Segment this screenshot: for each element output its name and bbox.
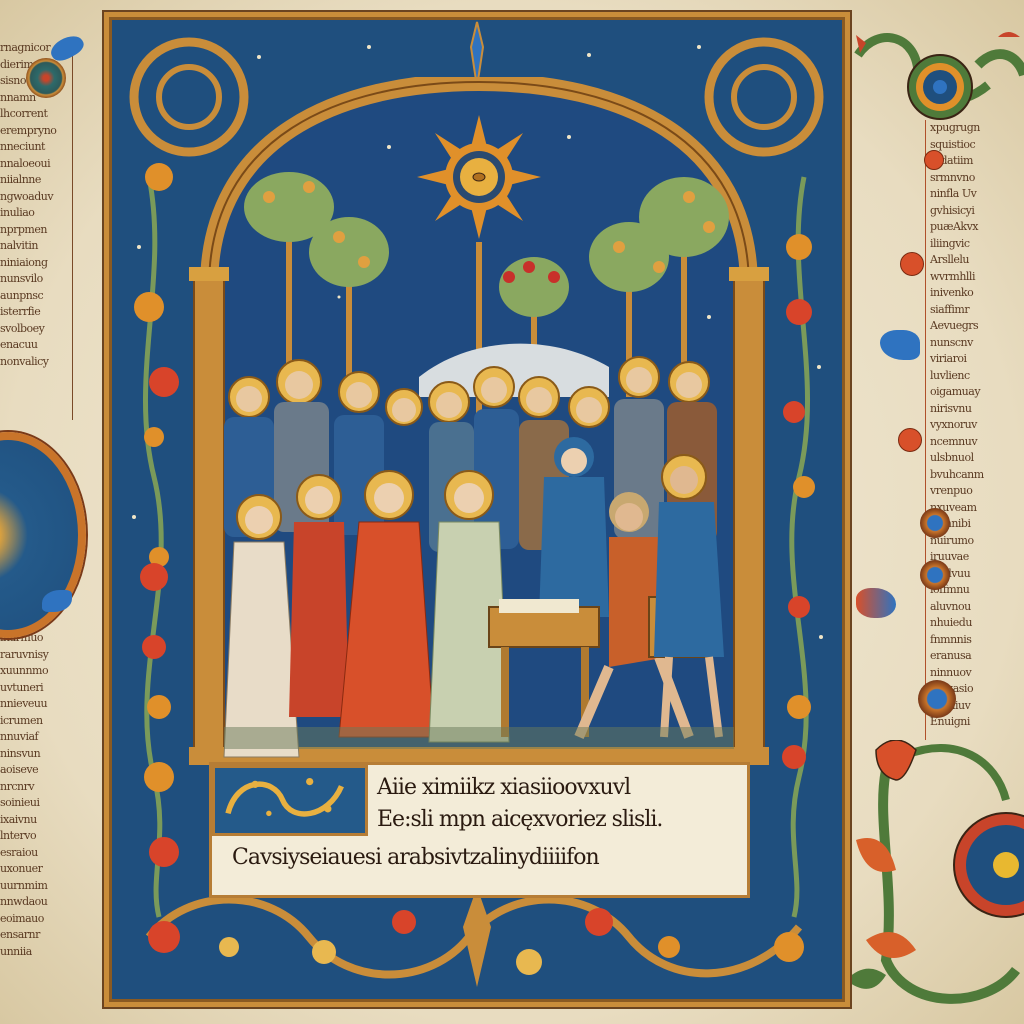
manuscript-text-line: nunsvilo — [0, 271, 72, 288]
manuscript-text-line: nneciunt — [0, 139, 72, 156]
caption-text-block: Aiie ximiikz xiasiioovxuvl Ee:sli mpn ai… — [209, 762, 750, 898]
manuscript-text-line: aoiseve — [0, 762, 72, 779]
manuscript-text-line: nuirumo — [930, 533, 1024, 550]
red-dot-ornament-icon — [924, 150, 944, 170]
manuscript-text-line: inivenko — [930, 285, 1024, 302]
manuscript-text-line: niialnne — [0, 172, 72, 189]
blue-bud-ornament-icon — [26, 58, 66, 98]
left-margin-text-column: rnagnicordierimnsisnonnamnlhcorrenteremp… — [0, 40, 73, 420]
red-dot-ornament-icon — [900, 252, 924, 276]
manuscript-text-line: nrcnrv — [0, 779, 72, 796]
manuscript-text-line: Aevuegrs — [930, 318, 1024, 335]
manuscript-text-line: eranusa — [930, 648, 1024, 665]
manuscript-text-line: nprpmen — [0, 222, 72, 239]
caption-line-1: Aiie ximiikz xiasiioovxuvl — [377, 775, 630, 800]
manuscript-text-line: vyxnoruv — [930, 417, 1024, 434]
left-margin-text-column-lower: inarmuoraruvnisyxuunnmouvtunerinnieveuui… — [0, 630, 72, 960]
manuscript-text-line: niniaiong — [0, 255, 72, 272]
manuscript-text-line: Aldatiim — [930, 153, 1024, 170]
manuscript-text-line: ulsbnuol — [930, 450, 1024, 467]
blue-roundel-ornament-icon — [920, 508, 950, 538]
manuscript-text-line: raruvnisy — [0, 647, 72, 664]
manuscript-text-line: squistioc — [930, 137, 1024, 154]
manuscript-text-line: iliingvic — [930, 236, 1024, 253]
manuscript-text-line: isterrfie — [0, 304, 72, 321]
miniature-scene — [189, 77, 769, 767]
manuscript-text-line: nalvitin — [0, 238, 72, 255]
manuscript-text-line: unniia — [0, 944, 72, 961]
manuscript-text-line: ngwoaduv — [0, 189, 72, 206]
manuscript-text-line: srmnvno — [930, 170, 1024, 187]
manuscript-text-line: gvhisicyi — [930, 203, 1024, 220]
manuscript-text-line: ninfla Uv — [930, 186, 1024, 203]
illuminated-panel: Aiie ximiikz xiasiioovxuvl Ee:sli mpn ai… — [104, 12, 850, 1007]
manuscript-text-line: bvuhcanm — [930, 467, 1024, 484]
manuscript-text-line: nonvalicy — [0, 354, 72, 371]
manuscript-text-line: uxonuer — [0, 861, 72, 878]
manuscript-text-line: ninnuov — [930, 665, 1024, 682]
manuscript-text-line: fnmnnis — [930, 632, 1024, 649]
manuscript-text-line: nhuiedu — [930, 615, 1024, 632]
manuscript-text-line: inuliao — [0, 205, 72, 222]
right-bottom-foliage-ornament-icon — [846, 740, 1024, 1024]
manuscript-text-line: esraiou — [0, 845, 72, 862]
manuscript-text-line: oigamuay — [930, 384, 1024, 401]
manuscript-text-line: siaffimr — [930, 302, 1024, 319]
red-dot-ornament-icon — [898, 428, 922, 452]
manuscript-text-line: uvtuneri — [0, 680, 72, 697]
manuscript-text-line: aluvnou — [930, 599, 1024, 616]
manuscript-text-line: lntervo — [0, 828, 72, 845]
manuscript-text-line: ensarnr — [0, 927, 72, 944]
manuscript-text-line: wvrmhlli — [930, 269, 1024, 286]
manuscript-text-line: Arsllelu — [930, 252, 1024, 269]
manuscript-text-line: erempryno — [0, 123, 72, 140]
blue-roundel-ornament-icon — [920, 560, 950, 590]
red-blue-flower-ornament-icon — [856, 588, 896, 618]
manuscript-text-line: eoimauo — [0, 911, 72, 928]
manuscript-text-line: xuunnmo — [0, 663, 72, 680]
manuscript-text-line: vrenpuo — [930, 483, 1024, 500]
decorated-initial-icon — [212, 765, 368, 836]
caption-line-2: Ee:sli mpn aicęxvoriez slisli. — [377, 807, 662, 832]
manuscript-text-line: icrumen — [0, 713, 72, 730]
manuscript-text-line: nirisvnu — [930, 401, 1024, 418]
manuscript-text-line: soinieui — [0, 795, 72, 812]
blue-roundel-ornament-icon — [918, 680, 956, 718]
right-margin-text-column: xpugrugnsquistiocAldatiimsrmnvnoninfla U… — [925, 120, 1024, 740]
manuscript-text-line: nnaloeoui — [0, 156, 72, 173]
manuscript-text-line: nnieveuu — [0, 696, 72, 713]
manuscript-text-line: svolboey — [0, 321, 72, 338]
manuscript-text-line: viriaroi — [930, 351, 1024, 368]
manuscript-text-line: nnuviaf — [0, 729, 72, 746]
miniature-scene-illustration-icon — [189, 77, 769, 767]
manuscript-text-line: enacuu — [0, 337, 72, 354]
caption-line-3: Cavsiyseiauesi arabsivtzalinydiiiifon — [232, 845, 599, 870]
manuscript-text-line: lhcorrent — [0, 106, 72, 123]
manuscript-text-line: nnwdaou — [0, 894, 72, 911]
manuscript-text-line: ninsvun — [0, 746, 72, 763]
manuscript-text-line: ncemnuv — [930, 434, 1024, 451]
manuscript-text-line: nunscnv — [930, 335, 1024, 352]
manuscript-text-line: uurnmim — [0, 878, 72, 895]
manuscript-text-line: luvlienc — [930, 368, 1024, 385]
manuscript-text-line: aunpnsc — [0, 288, 72, 305]
right-top-foliage-ornament-icon — [848, 15, 1024, 125]
manuscript-text-line: ixaivnu — [0, 812, 72, 829]
manuscript-text-line: puæAkvx — [930, 219, 1024, 236]
